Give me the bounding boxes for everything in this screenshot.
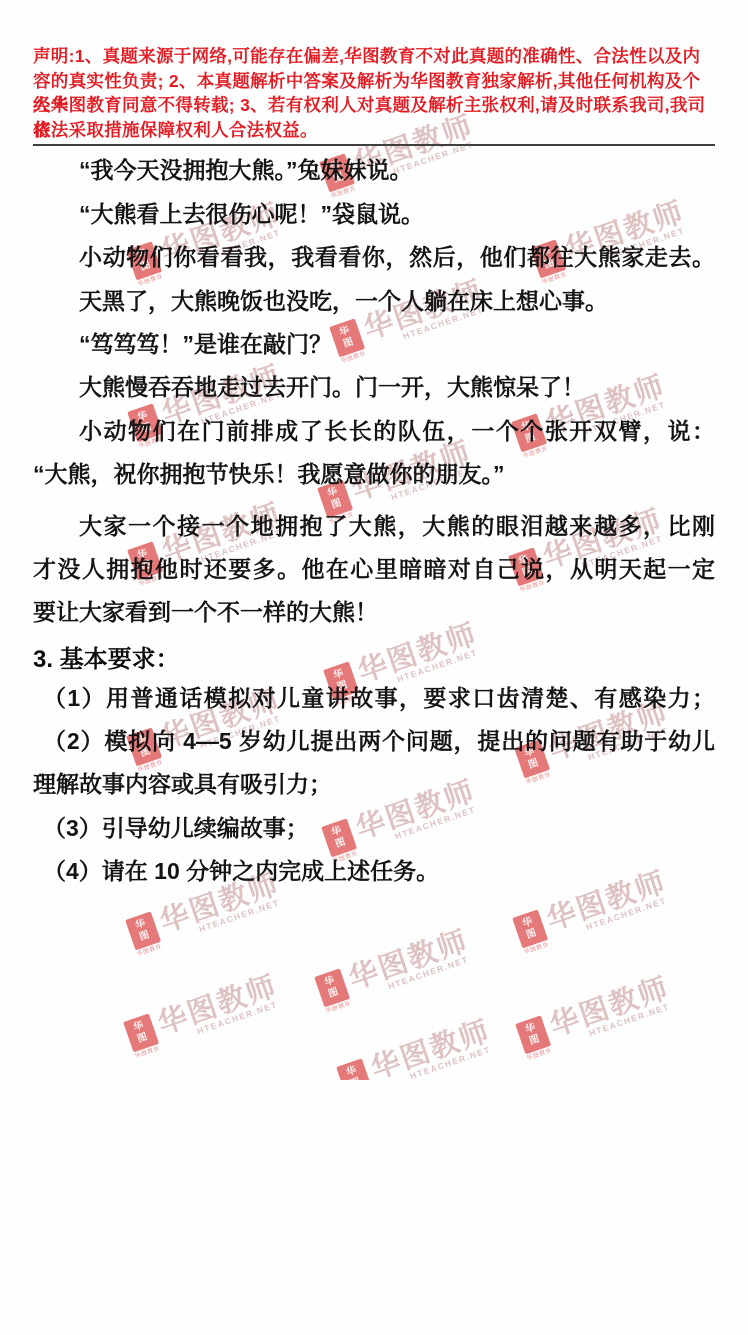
document-body: 声明:1、真题来源于网络,可能存在偏差,华图教育不对此真题的准确性、合法性以及内… xyxy=(33,44,715,894)
story-line: “大熊，祝你拥抱节快乐！我愿意做你的朋友。” xyxy=(33,453,715,496)
huatu-watermark: 华图华图教育华图教师HTEACHER.NET xyxy=(121,958,326,1070)
huatu-seal-icon: 华图 xyxy=(336,1059,372,1080)
requirement-line: 理解故事内容或具有吸引力； xyxy=(33,763,715,806)
story-line: “我今天没拥抱大熊。”兔妹妹说。 xyxy=(33,149,715,192)
disclaimer-line: 声明:1、真题来源于网络,可能存在偏差,华图教育不对此真题的准确性、合法性以及内 xyxy=(33,44,715,69)
huatu-watermark: 华图华图教育华图教师HTEACHER.NET xyxy=(334,1003,539,1080)
watermark-domain-text: HTEACHER.NET xyxy=(588,1000,676,1038)
disclaimer-line: 依法采取措施保障权利人合法权益。 xyxy=(33,118,715,143)
watermark-brand-text: 华图教师 xyxy=(345,926,472,995)
watermark-seal-caption: 华图教育 xyxy=(134,1046,161,1061)
watermark-domain-text: HTEACHER.NET xyxy=(198,896,286,934)
story-line: “大熊看上去很伤心呢！”袋鼠说。 xyxy=(33,193,715,236)
watermark-seal-caption: 华图教育 xyxy=(523,942,550,957)
watermark-seal-caption: 华图教育 xyxy=(136,944,163,959)
watermark-brand-text: 华图教师 xyxy=(367,1016,494,1080)
disclaimer-notice: 声明:1、真题来源于网络,可能存在偏差,华图教育不对此真题的准确性、合法性以及内… xyxy=(33,44,715,142)
huatu-watermark: 华图华图教育华图教师HTEACHER.NET xyxy=(513,960,718,1072)
huatu-seal-icon: 华图 xyxy=(314,969,350,1008)
requirements-heading: 3. 基本要求： xyxy=(33,643,715,677)
story-line: 才没人拥抱他时还要多。他在心里暗暗对自己说，从明天起一定 xyxy=(33,548,715,591)
requirement-line: （4）请在 10 分钟之内完成上述任务。 xyxy=(33,850,715,893)
disclaimer-line: 容的真实性负责; 2、本真题解析中答案及解析为华图教育独家解析,其他任何机构及个… xyxy=(33,69,715,94)
story-line: 天黑了，大熊晚饭也没吃，一个人躺在床上想心事。 xyxy=(33,280,715,323)
story-line: 小动物们你看看我，我看看你，然后，他们都往大熊家走去。 xyxy=(33,236,715,279)
requirements-list: （1）用普通话模拟对儿童讲故事，要求口齿清楚、有感染力；（2）模拟向 4—5 岁… xyxy=(33,677,715,894)
huatu-seal-icon: 华图 xyxy=(515,1016,551,1055)
huatu-seal-icon: 华图 xyxy=(123,1014,159,1053)
huatu-seal-icon: 华图 xyxy=(125,912,161,951)
story-text: “我今天没拥抱大熊。”兔妹妹说。“大熊看上去很伤心呢！”袋鼠说。小动物们你看看我… xyxy=(33,149,715,634)
story-line: “笃笃笃！”是谁在敲门？ xyxy=(33,323,715,366)
watermark-seal-caption: 华图教育 xyxy=(526,1048,553,1063)
watermark-domain-text: HTEACHER.NET xyxy=(585,894,673,932)
watermark-domain-text: HTEACHER.NET xyxy=(196,998,284,1036)
requirement-line: （3）引导幼儿续编故事； xyxy=(33,807,715,850)
huatu-watermark: 华图华图教育华图教师HTEACHER.NET xyxy=(312,913,517,1025)
disclaimer-line: 经华图教育同意不得转载; 3、若有权利人对真题及解析主张权利,请及时联系我司,我… xyxy=(33,93,715,118)
watermark-domain-text: HTEACHER.NET xyxy=(409,1043,497,1080)
watermark-domain-text: HTEACHER.NET xyxy=(387,953,475,991)
watermark-seal-caption: 华图教育 xyxy=(325,1001,352,1016)
story-line: 大家一个接一个地拥抱了大熊，大熊的眼泪越来越多，比刚 xyxy=(33,505,715,548)
story-line: 要让大家看到一个不一样的大熊！ xyxy=(33,591,715,634)
watermark-brand-text: 华图教师 xyxy=(154,971,281,1040)
requirement-line: （1）用普通话模拟对儿童讲故事，要求口齿清楚、有感染力； xyxy=(33,677,715,720)
story-line: 小动物们在门前排成了长长的队伍，一个个张开双臂，说： xyxy=(33,410,715,453)
huatu-seal-icon: 华图 xyxy=(512,910,548,949)
document-page: 华图华图教育华图教师HTEACHER.NET华图华图教育华图教师HTEACHER… xyxy=(0,0,748,1335)
divider-line xyxy=(33,144,715,146)
requirement-line: （2）模拟向 4—5 岁幼儿提出两个问题，提出的问题有助于幼儿 xyxy=(33,720,715,763)
watermark-brand-text: 华图教师 xyxy=(546,973,673,1042)
story-line: 大熊慢吞吞地走过去开门。门一开，大熊惊呆了！ xyxy=(33,366,715,409)
